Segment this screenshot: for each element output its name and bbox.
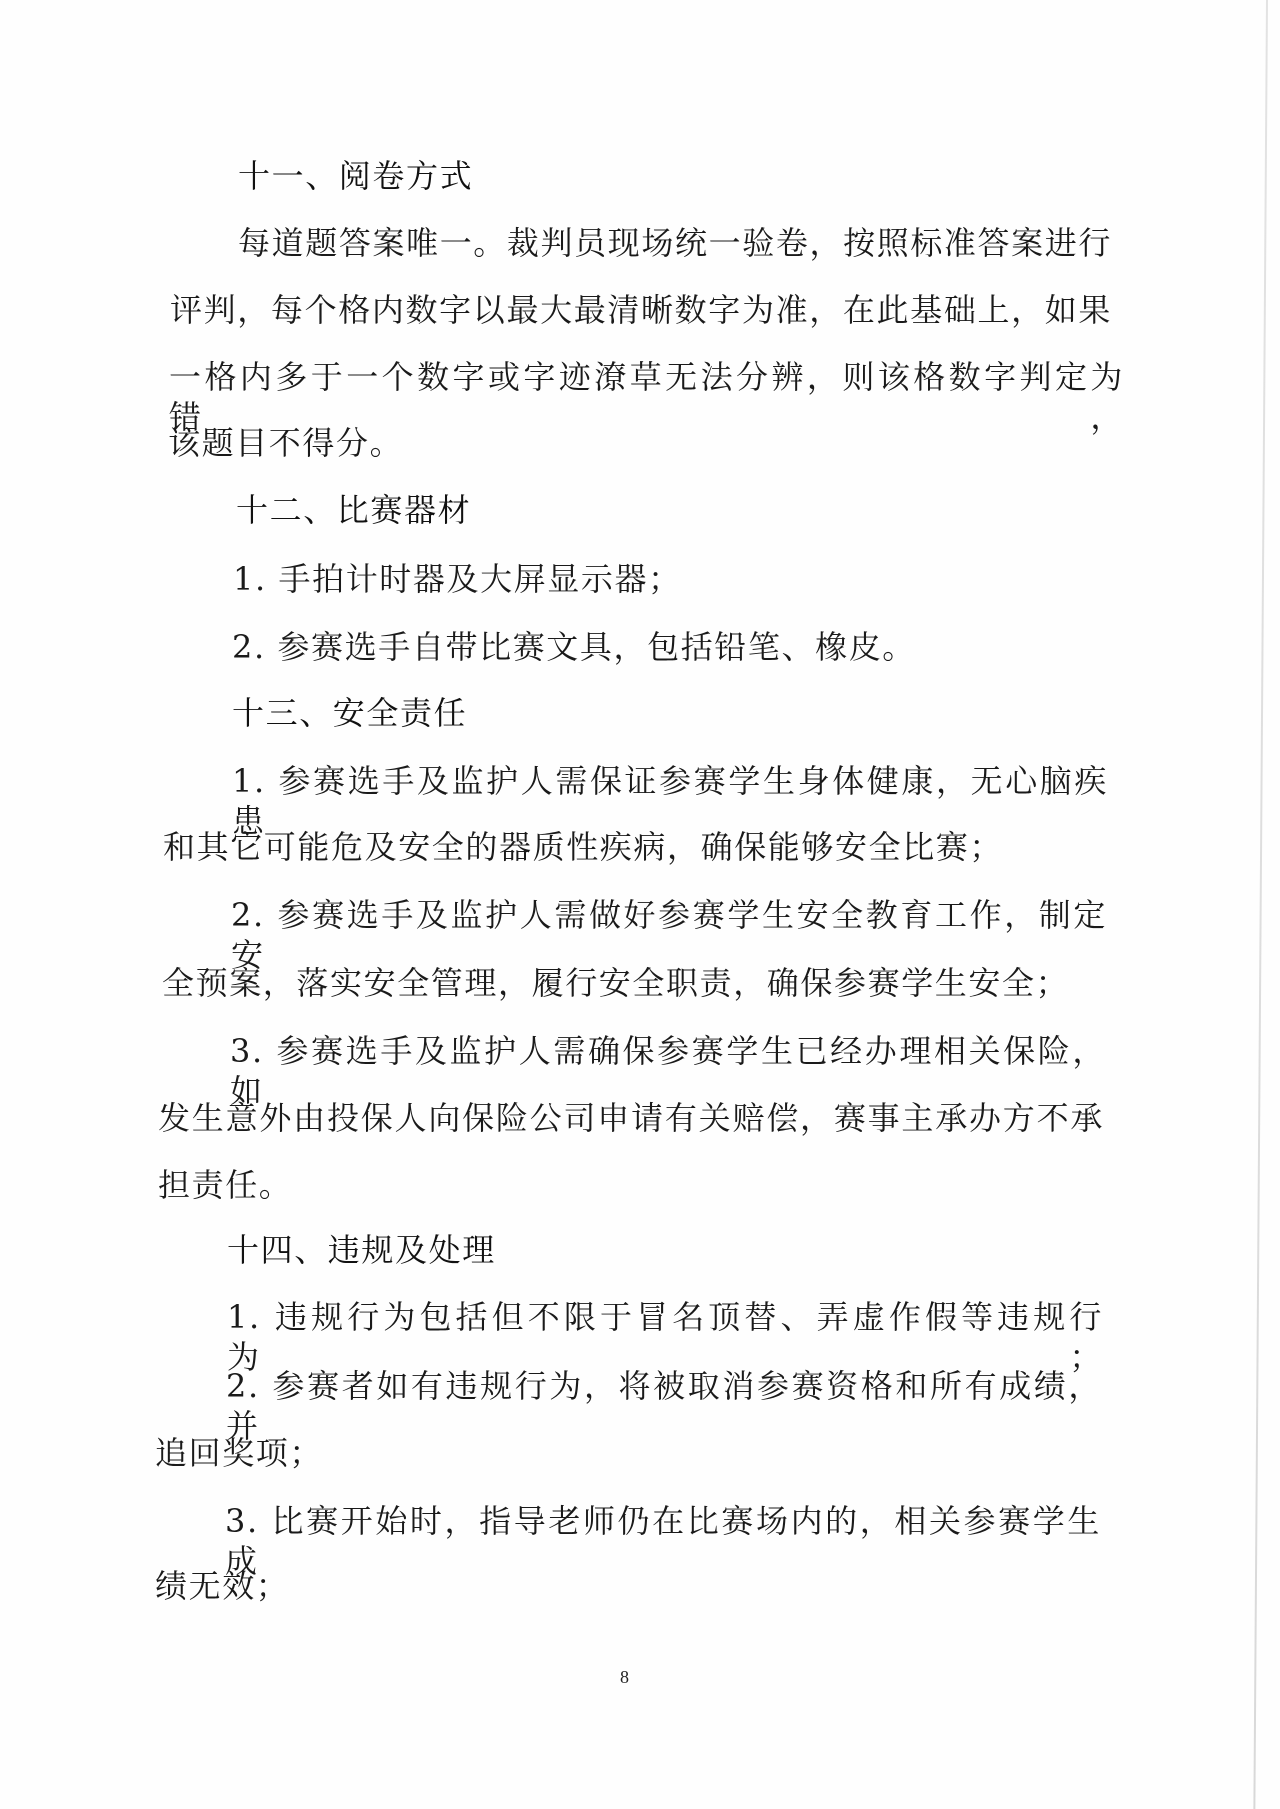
list-item: 2. 参赛选手自带比赛文具，包括铅笔、橡皮。 bbox=[232, 627, 916, 667]
list-item-continuation: 和其它可能危及安全的器质性疾病，确保能够安全比赛； bbox=[163, 827, 1003, 867]
section-heading-14: 十四、违规及处理 bbox=[227, 1230, 496, 1270]
list-item: 3. 比赛开始时，指导老师仍在比赛场内的，相关参赛学生成 bbox=[225, 1501, 1101, 1541]
list-item: 1. 手拍计时器及大屏显示器； bbox=[233, 559, 682, 599]
section-heading-13: 十三、安全责任 bbox=[232, 693, 467, 733]
section-heading-12: 十二、比赛器材 bbox=[236, 490, 471, 530]
list-item-continuation: 全预案，落实安全管理，履行安全职责，确保参赛学生安全； bbox=[162, 963, 1069, 1003]
section-heading-11: 十一、阅卷方式 bbox=[238, 156, 473, 196]
paragraph-line: 一格内多于一个数字或字迹潦草无法分辨，则该格数字判定为错， bbox=[169, 357, 1124, 397]
paragraph-line: 该题目不得分。 bbox=[168, 423, 403, 463]
list-item: 1. 参赛选手及监护人需保证参赛学生身体健康，无心脑疾患 bbox=[232, 761, 1108, 801]
paragraph-line: 评判，每个格内数字以最大最清晰数字为准，在此基础上，如果 bbox=[170, 290, 1112, 330]
list-item: 1. 违规行为包括但不限于冒名顶替、弄虚作假等违规行为； bbox=[227, 1297, 1103, 1337]
list-item-continuation: 绩无效； bbox=[155, 1566, 289, 1606]
list-item-continuation: 发生意外由投保人向保险公司申请有关赔偿，赛事主承办方不承 bbox=[158, 1098, 1104, 1138]
paragraph-line: 每道题答案唯一。裁判员现场统一验卷，按照标准答案进行 bbox=[238, 223, 1112, 263]
list-item-continuation: 担责任。 bbox=[158, 1165, 292, 1205]
list-item: 2. 参赛选手及监护人需做好参赛学生安全教育工作，制定安 bbox=[231, 895, 1107, 935]
scan-edge-line bbox=[1253, 0, 1268, 1809]
page-number: 8 bbox=[620, 1667, 629, 1687]
list-item-continuation: 追回奖项； bbox=[155, 1433, 323, 1473]
list-item: 3. 参赛选手及监护人需确保参赛学生已经办理相关保险，如 bbox=[230, 1031, 1106, 1071]
document-page: 十一、阅卷方式 每道题答案唯一。裁判员现场统一验卷，按照标准答案进行 评判，每个… bbox=[0, 0, 1280, 1809]
list-item: 2. 参赛者如有违规行为，将被取消参赛资格和所有成绩，并 bbox=[226, 1366, 1102, 1406]
